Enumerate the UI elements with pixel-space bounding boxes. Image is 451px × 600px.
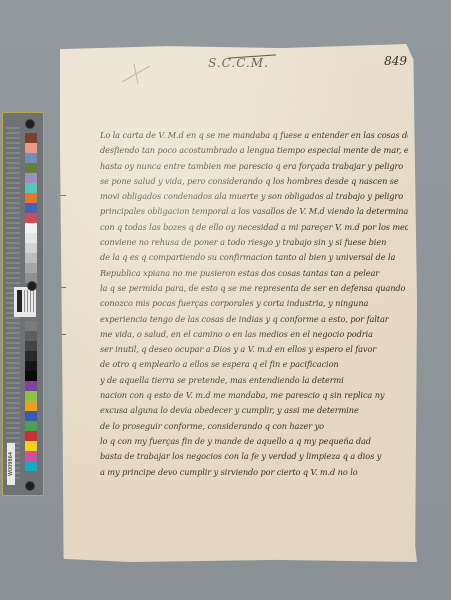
color-swatch (25, 361, 37, 371)
text-line: conozco mis pocas fuerças corporales y c… (100, 296, 408, 311)
color-swatch (25, 163, 37, 173)
color-swatch (25, 193, 37, 203)
color-swatch (25, 263, 37, 273)
text-line: desfiendo tan poco acostumbrado a lengua… (100, 143, 408, 158)
color-swatch (25, 441, 37, 451)
text-line: de la q es q compartiendo su confirmacio… (100, 250, 408, 265)
manuscript-page: S.C.C.M. 849 Lo la carta de V. M.d en q … (60, 44, 417, 562)
text-line: principales obligacion temporal a los va… (100, 204, 408, 219)
color-swatch (25, 173, 37, 183)
text-line: de lo proseguir conforme, considerando q… (100, 419, 408, 434)
bottom-color-swatches (25, 321, 37, 471)
target-barcode-bar (17, 290, 22, 312)
color-swatch (25, 381, 37, 391)
text-line: Republica xpiana no me pusieron estas do… (100, 266, 408, 281)
color-swatch (25, 243, 37, 253)
text-line: la q se permida para, de esto q se me re… (100, 281, 408, 296)
target-barcode-grid (24, 290, 34, 312)
target-id-tag: W009864 (7, 443, 15, 485)
text-line: basta de trabajar los negocios con la fe… (100, 449, 408, 464)
salutation-heading: S.C.C.M. (60, 56, 417, 70)
target-label-box (14, 287, 36, 317)
color-swatch (25, 223, 37, 233)
color-swatch (25, 153, 37, 163)
text-line: experiencia tengo de las cosas de indias… (100, 312, 408, 327)
text-line: ser inutil, q deseo ocupar a Dios y a V.… (100, 342, 408, 357)
target-hole-middle (27, 281, 37, 291)
color-swatch (25, 461, 37, 471)
target-hole-bottom (25, 481, 35, 491)
color-swatch (25, 213, 37, 223)
color-swatch (25, 233, 37, 243)
text-line: movi obligados condenados ala muerte y s… (100, 189, 408, 204)
text-line: y de aquella tierra se pretende, mas ent… (100, 373, 408, 388)
folio-number: 849 (384, 54, 407, 68)
text-line: excusa alguna lo devia obedecer y cumpli… (100, 403, 408, 418)
color-swatch (25, 331, 37, 341)
color-swatch (25, 133, 37, 143)
text-line: con q todas las bozes q de ello oy neces… (100, 220, 408, 235)
text-line: me vida, o salud, en el camino o en las … (100, 327, 408, 342)
color-swatch (25, 391, 37, 401)
color-swatch (25, 253, 37, 263)
color-swatch (25, 203, 37, 213)
color-swatch (25, 351, 37, 361)
text-line: lo q con my fuerças fin de y mande de aq… (100, 434, 408, 449)
color-swatch (25, 371, 37, 381)
color-swatch (25, 401, 37, 411)
text-line: nacion con q esto de V. m.d me mandaba, … (100, 388, 408, 403)
text-line: de otro q emplearlo a ellos se espera q … (100, 357, 408, 372)
color-calibration-target: W009864 (2, 112, 44, 496)
top-color-swatches (25, 133, 37, 283)
letter-body: Lo la carta de V. M.d en q se me mandaba… (100, 128, 408, 480)
color-swatch (25, 411, 37, 421)
text-line: hasta oy nunca entre tambien me parescio… (100, 159, 408, 174)
text-line: se pone salud y vida, pero considerando … (100, 174, 408, 189)
margin-mark (60, 195, 66, 196)
target-hole-top (25, 119, 35, 129)
text-line: Lo la carta de V. M.d en q se me mandaba… (100, 128, 408, 143)
color-swatch (25, 183, 37, 193)
color-swatch (25, 431, 37, 441)
color-swatch (25, 321, 37, 331)
text-line: a my principe devo cumplir y sirviendo p… (100, 465, 408, 480)
text-line: conviene no rehusa de poner a todo riesg… (100, 235, 408, 250)
color-swatch (25, 421, 37, 431)
color-swatch (25, 341, 37, 351)
color-swatch (25, 451, 37, 461)
color-swatch (25, 143, 37, 153)
